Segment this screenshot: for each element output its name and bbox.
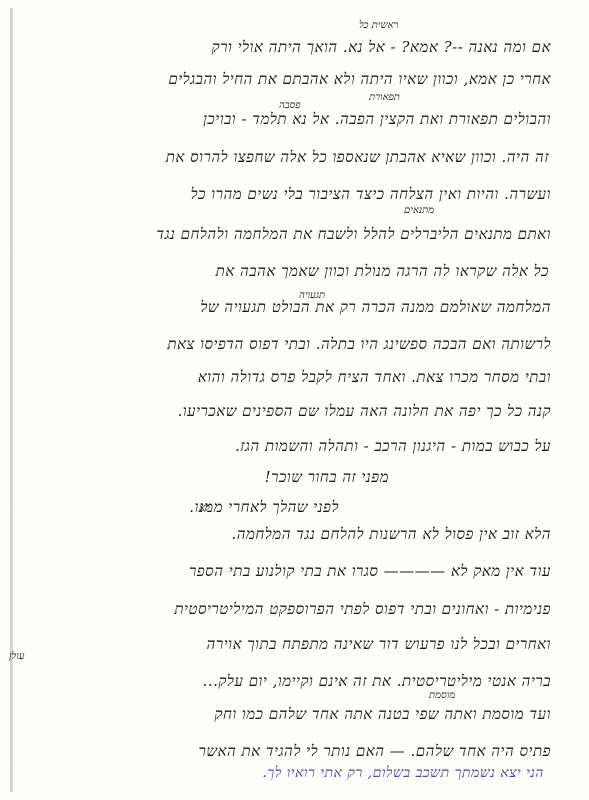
text-line: מפני זה בחור שוכר! bbox=[0, 468, 589, 487]
handwritten-letter-page: ראשית כלתפאורתפסבהמתנאיםתגעויהלאעולןמוסמ… bbox=[0, 0, 589, 800]
text-line: עוד אין מאק לא ———— סגרו את בתי קולנוע ב… bbox=[0, 562, 589, 581]
text-line: קנה כל כך יפה את חלונה האה עמלו שם הספינ… bbox=[0, 402, 589, 421]
interlinear-insert: מתנאים bbox=[404, 205, 434, 216]
interlinear-insert: תפאורת bbox=[369, 92, 400, 103]
text-line: פתיס היה אחד שלהם. — האם נותר לי להגיד א… bbox=[0, 742, 589, 761]
text-line: על כבוש במות - היגנון הרכב - ותהלה והשמו… bbox=[0, 437, 589, 456]
text-line: הני יצא נשמתך תשכב בשלום, רק אתי רואיו ל… bbox=[0, 765, 589, 782]
text-line: זה היה. וכוון שאיא אהבתן שנאספו כל אלה ש… bbox=[0, 148, 589, 167]
text-line: בריה אנטי מיליטריסטית. את זה אינם וקיימו… bbox=[0, 672, 589, 691]
interlinear-insert: מוסמת bbox=[429, 690, 455, 701]
text-line: ועד מוסמת ואתה שפי בטנה אתה אחד שלהם כמו… bbox=[0, 705, 589, 724]
text-line: ואחרים ובכל לנו פרעוש דור שאינה מתפתח בת… bbox=[0, 635, 589, 654]
text-line: אחרי כן אמא, וכוון שאיו היתה ולא אהבתם א… bbox=[0, 70, 589, 89]
text-line: לפני שהלך לאחרי ממנו. bbox=[0, 498, 589, 517]
text-line: לרשותה ואם הבכה ספשינג היו בתלה. ובתי דפ… bbox=[0, 335, 589, 354]
text-line: המלחמה שאולמם ממנה הכרה רק את הבולט תגעו… bbox=[0, 298, 589, 317]
text-line: כל אלה שקראו לה הרגה מנולת וכוון שאמך אה… bbox=[0, 262, 589, 281]
text-line: אם ומה נאנה --? אמא? - אל נא. הואך היתה … bbox=[0, 38, 589, 57]
text-line: הלא זוב אין פסול לא הרשנות להלחם נגד המל… bbox=[0, 525, 589, 544]
text-line: ובתי מסחר מכרו צאת. ואחד הציח לקבל פרס ג… bbox=[0, 368, 589, 387]
interlinear-insert: ראשית כל bbox=[359, 20, 398, 31]
text-line: והבולים תפאורת ואת הקצין הפבה. אל נא תלמ… bbox=[0, 110, 589, 129]
text-line: ואתם מתנאים הליברלים להלל ולשבח את המלחמ… bbox=[0, 225, 589, 244]
text-line: ועשרה. והיות ואין הצלחה כיצד הציבור בלי … bbox=[0, 185, 589, 204]
text-line: פנימיות - ואחונים ובתי דפוס לפתי הפרוספק… bbox=[0, 600, 589, 619]
